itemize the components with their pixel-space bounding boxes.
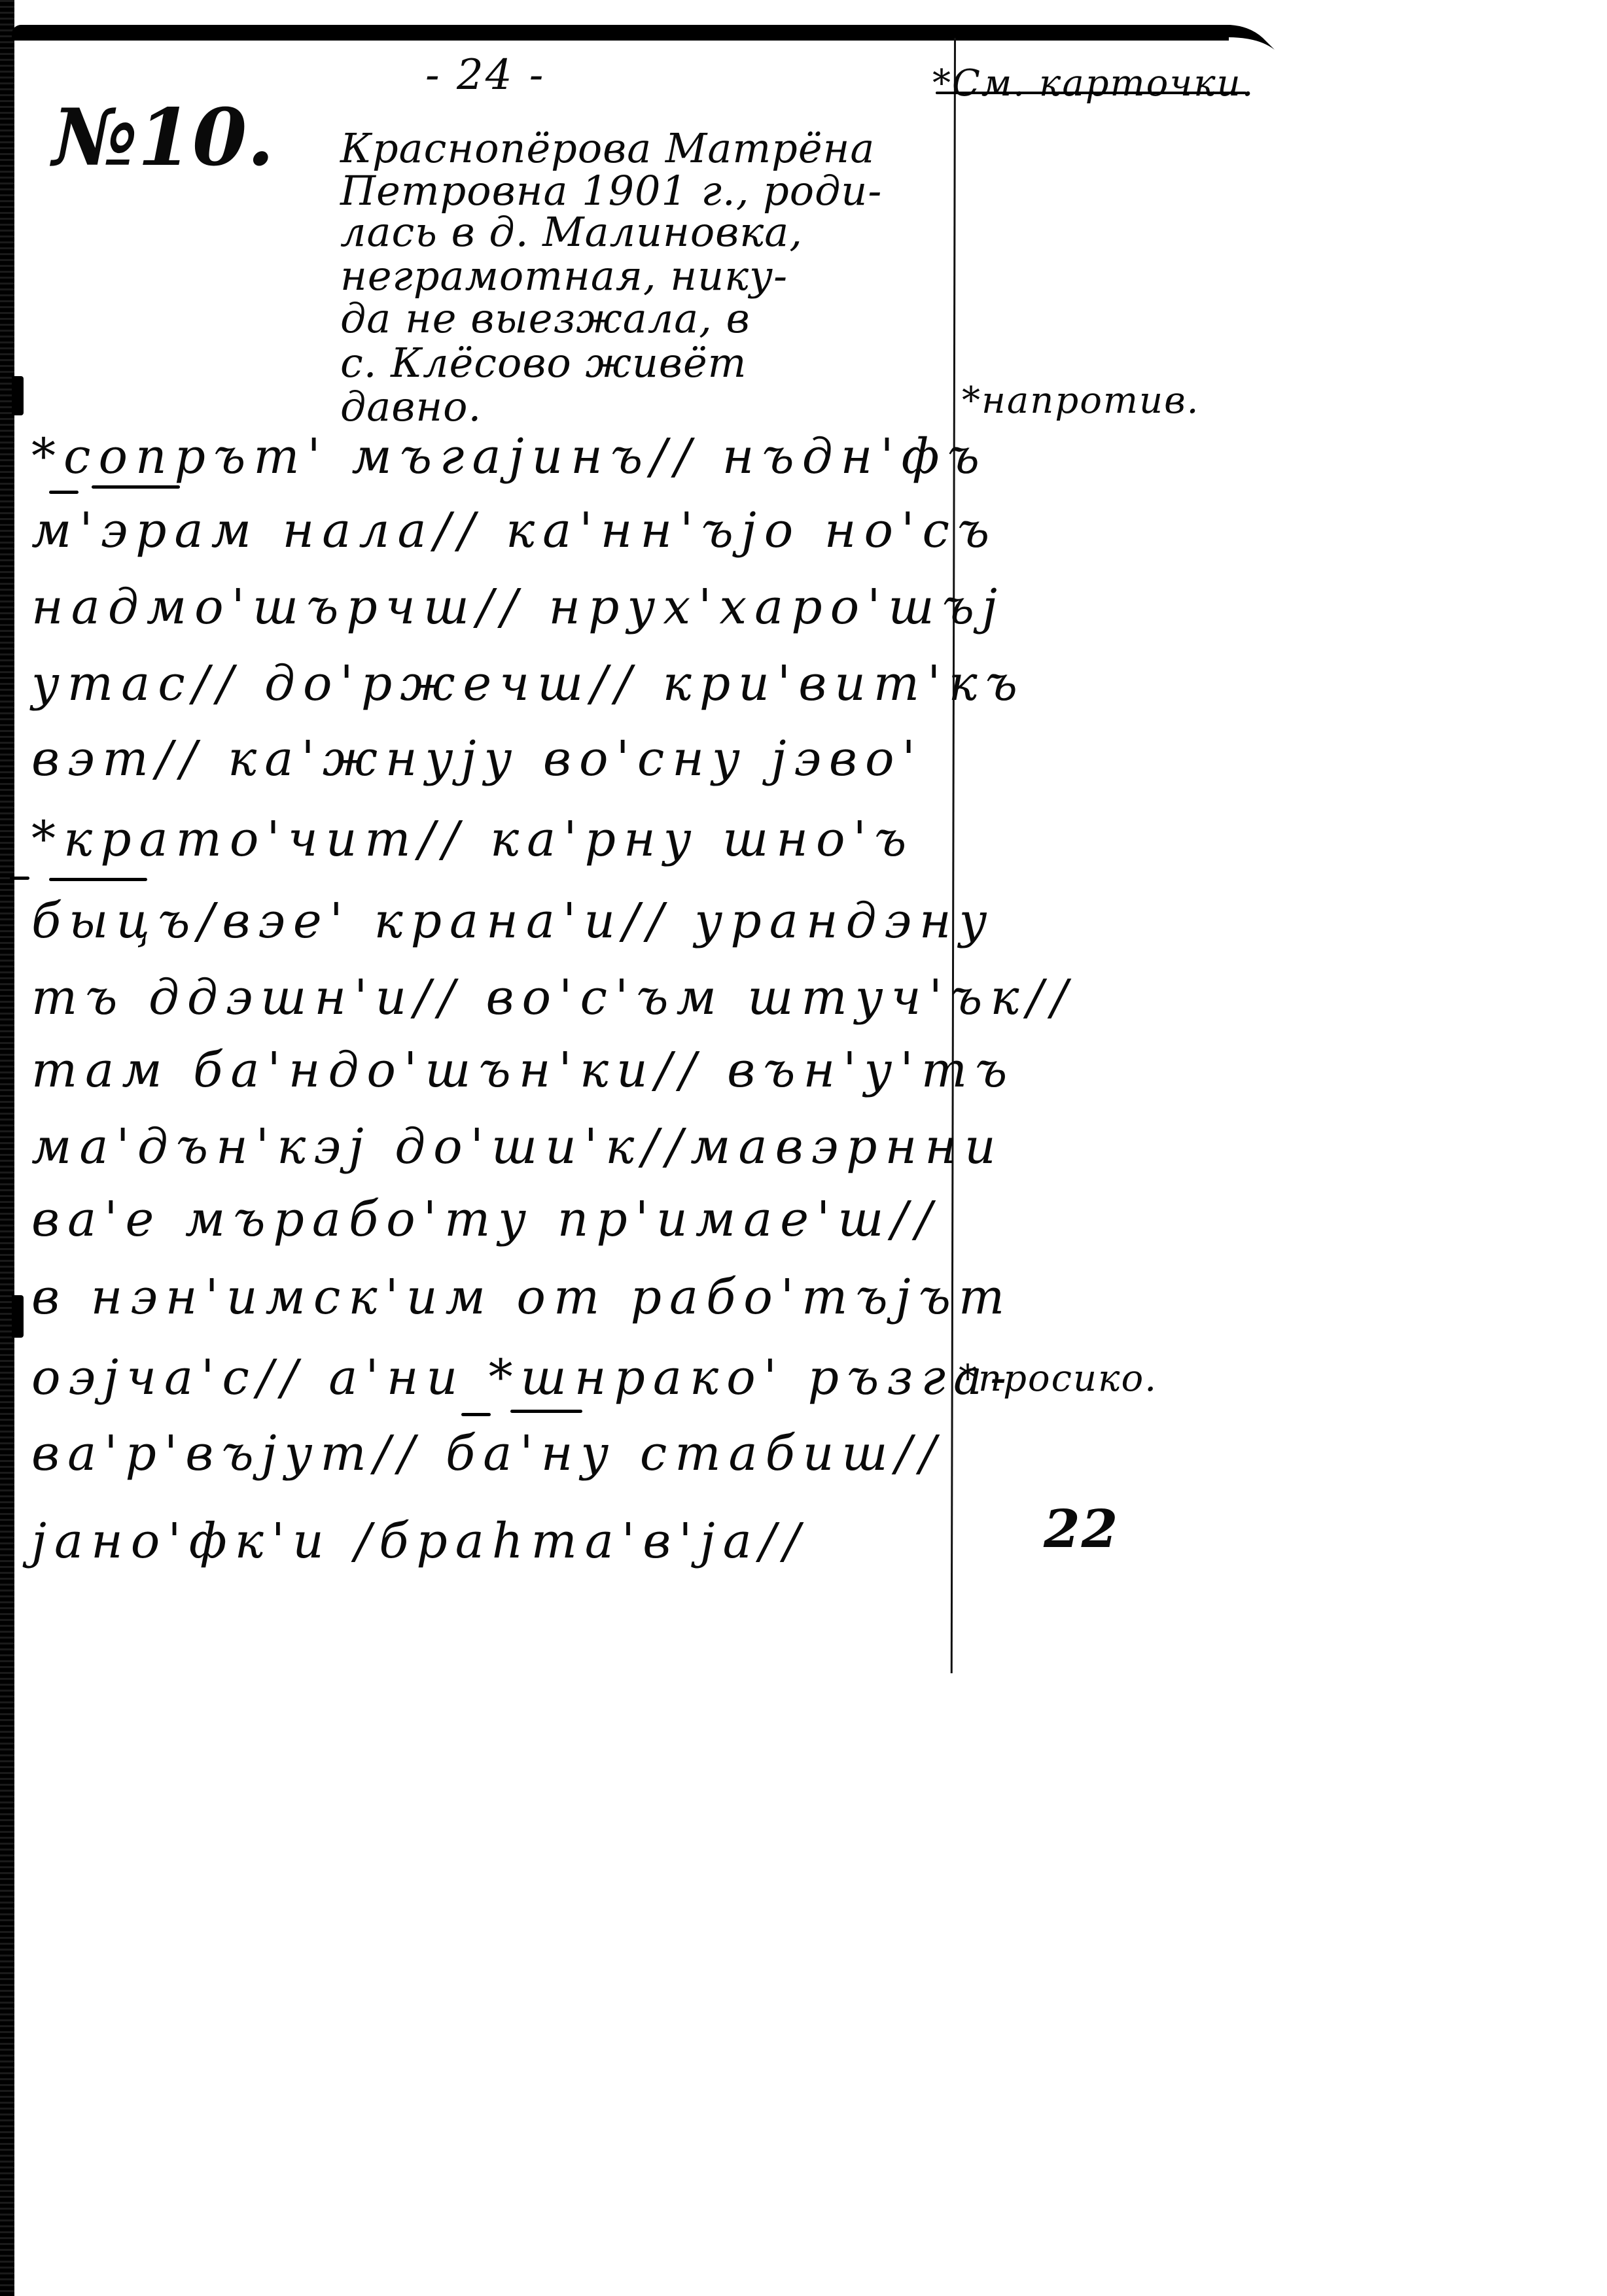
scan-left-edge [0,0,14,2296]
scan-edge-tab [12,376,24,415]
header-line: неграмотная, нику- [340,252,788,300]
header-line: давно. [340,383,482,430]
underline-mark [92,485,180,489]
margin-note: *просико. [959,1357,1157,1400]
transcript-line: м'эрам нала// ка'нн'ъjо но'съ [31,502,997,559]
header-line: с. Клёсово живёт [340,339,747,387]
border-flourish-icon [1204,20,1276,52]
underline-mark [10,877,29,880]
underline-mark [461,1413,491,1416]
margin-note: *напротив. [962,379,1199,422]
header-line: да не выезжала, в [340,294,751,342]
underline-mark [510,1410,582,1413]
top-border-rule [12,25,1229,41]
transcript-line: ва'р'въjут// ба'ну стабиш// [31,1425,944,1482]
transcript-line: утас// до'ржечш// кри'вит'къ [31,655,1025,712]
transcript-line: ма'дън'кэj до'ши'к//мавэрнни [31,1119,1004,1175]
transcript-line: там ба'ндо'шън'ки// вън'у'тъ [31,1042,1015,1098]
scan-edge-tab [12,1295,24,1338]
transcript-line: в нэн'имск'им от рабо'тъjът [31,1269,1012,1325]
header-line: лась в д. Малиновка, [340,208,803,256]
transcript-line: тъ ддэшн'и// во'с'ъм штуч'ък// [31,969,1075,1026]
manuscript-page: - 24 - №10. Краснопёрова Матрёна Петровн… [0,0,1607,2296]
transcript-line: оэjча'с// а'ни *шнрако' ръзга- [31,1349,1014,1406]
header-line: Краснопёрова Матрёна [340,124,875,172]
record-number: №10. [52,92,274,184]
transcript-line: *крато'чит// ка'рну шно'ъ [31,811,914,867]
transcript-line: надмо'шърчш// нрух'харо'шъj [31,579,1005,635]
transcript-line: быцъ/вэе' крана'и// урандэну [31,893,995,949]
underline-mark [49,878,147,881]
page-number: - 24 - [425,51,545,99]
transcript-line: вэт// ка'жнуjу во'сну jэво' [31,731,923,787]
transcript-line: *сопрът' мъгаjинъ// нъдн'фъ [31,428,987,485]
underline-mark [936,92,1246,94]
underline-mark [49,491,79,494]
margin-column-divider [951,38,956,1673]
margin-note-reference: *См. карточки. [932,62,1255,105]
transcript-line: ва'е мърабо'ту пр'имае'ш// [31,1191,940,1247]
transcript-line: jано'фк'и /браhта'в'jа// [31,1513,808,1569]
folio-number: 22 [1044,1498,1119,1559]
